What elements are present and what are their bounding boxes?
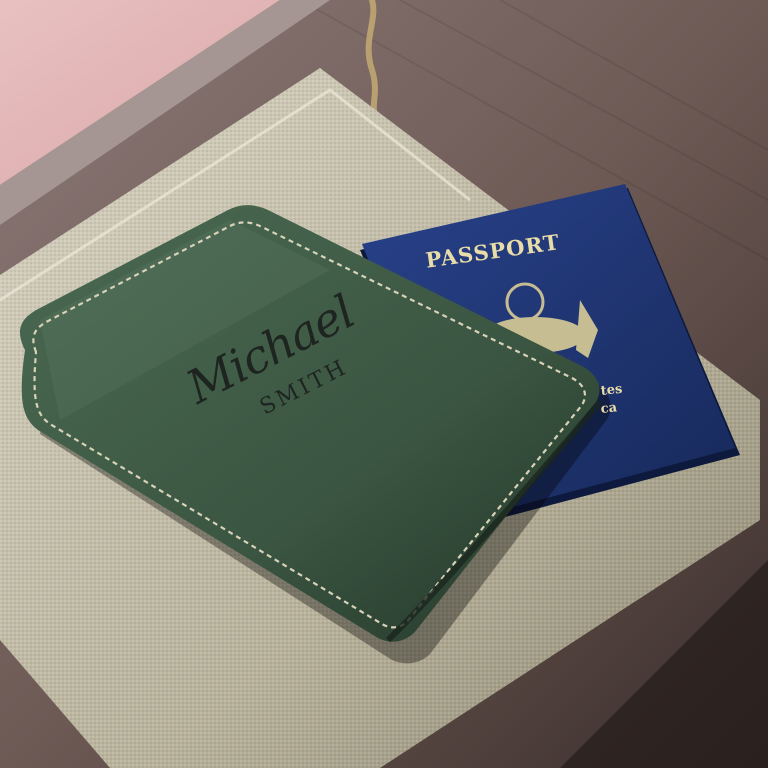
product-photo: PASSPORT tes ca Michael SMITH: [0, 0, 768, 768]
passport-subtitle-line-1: tes: [600, 382, 623, 399]
photo-background: [0, 0, 768, 768]
passport-subtitle-line-2: ca: [600, 400, 618, 417]
